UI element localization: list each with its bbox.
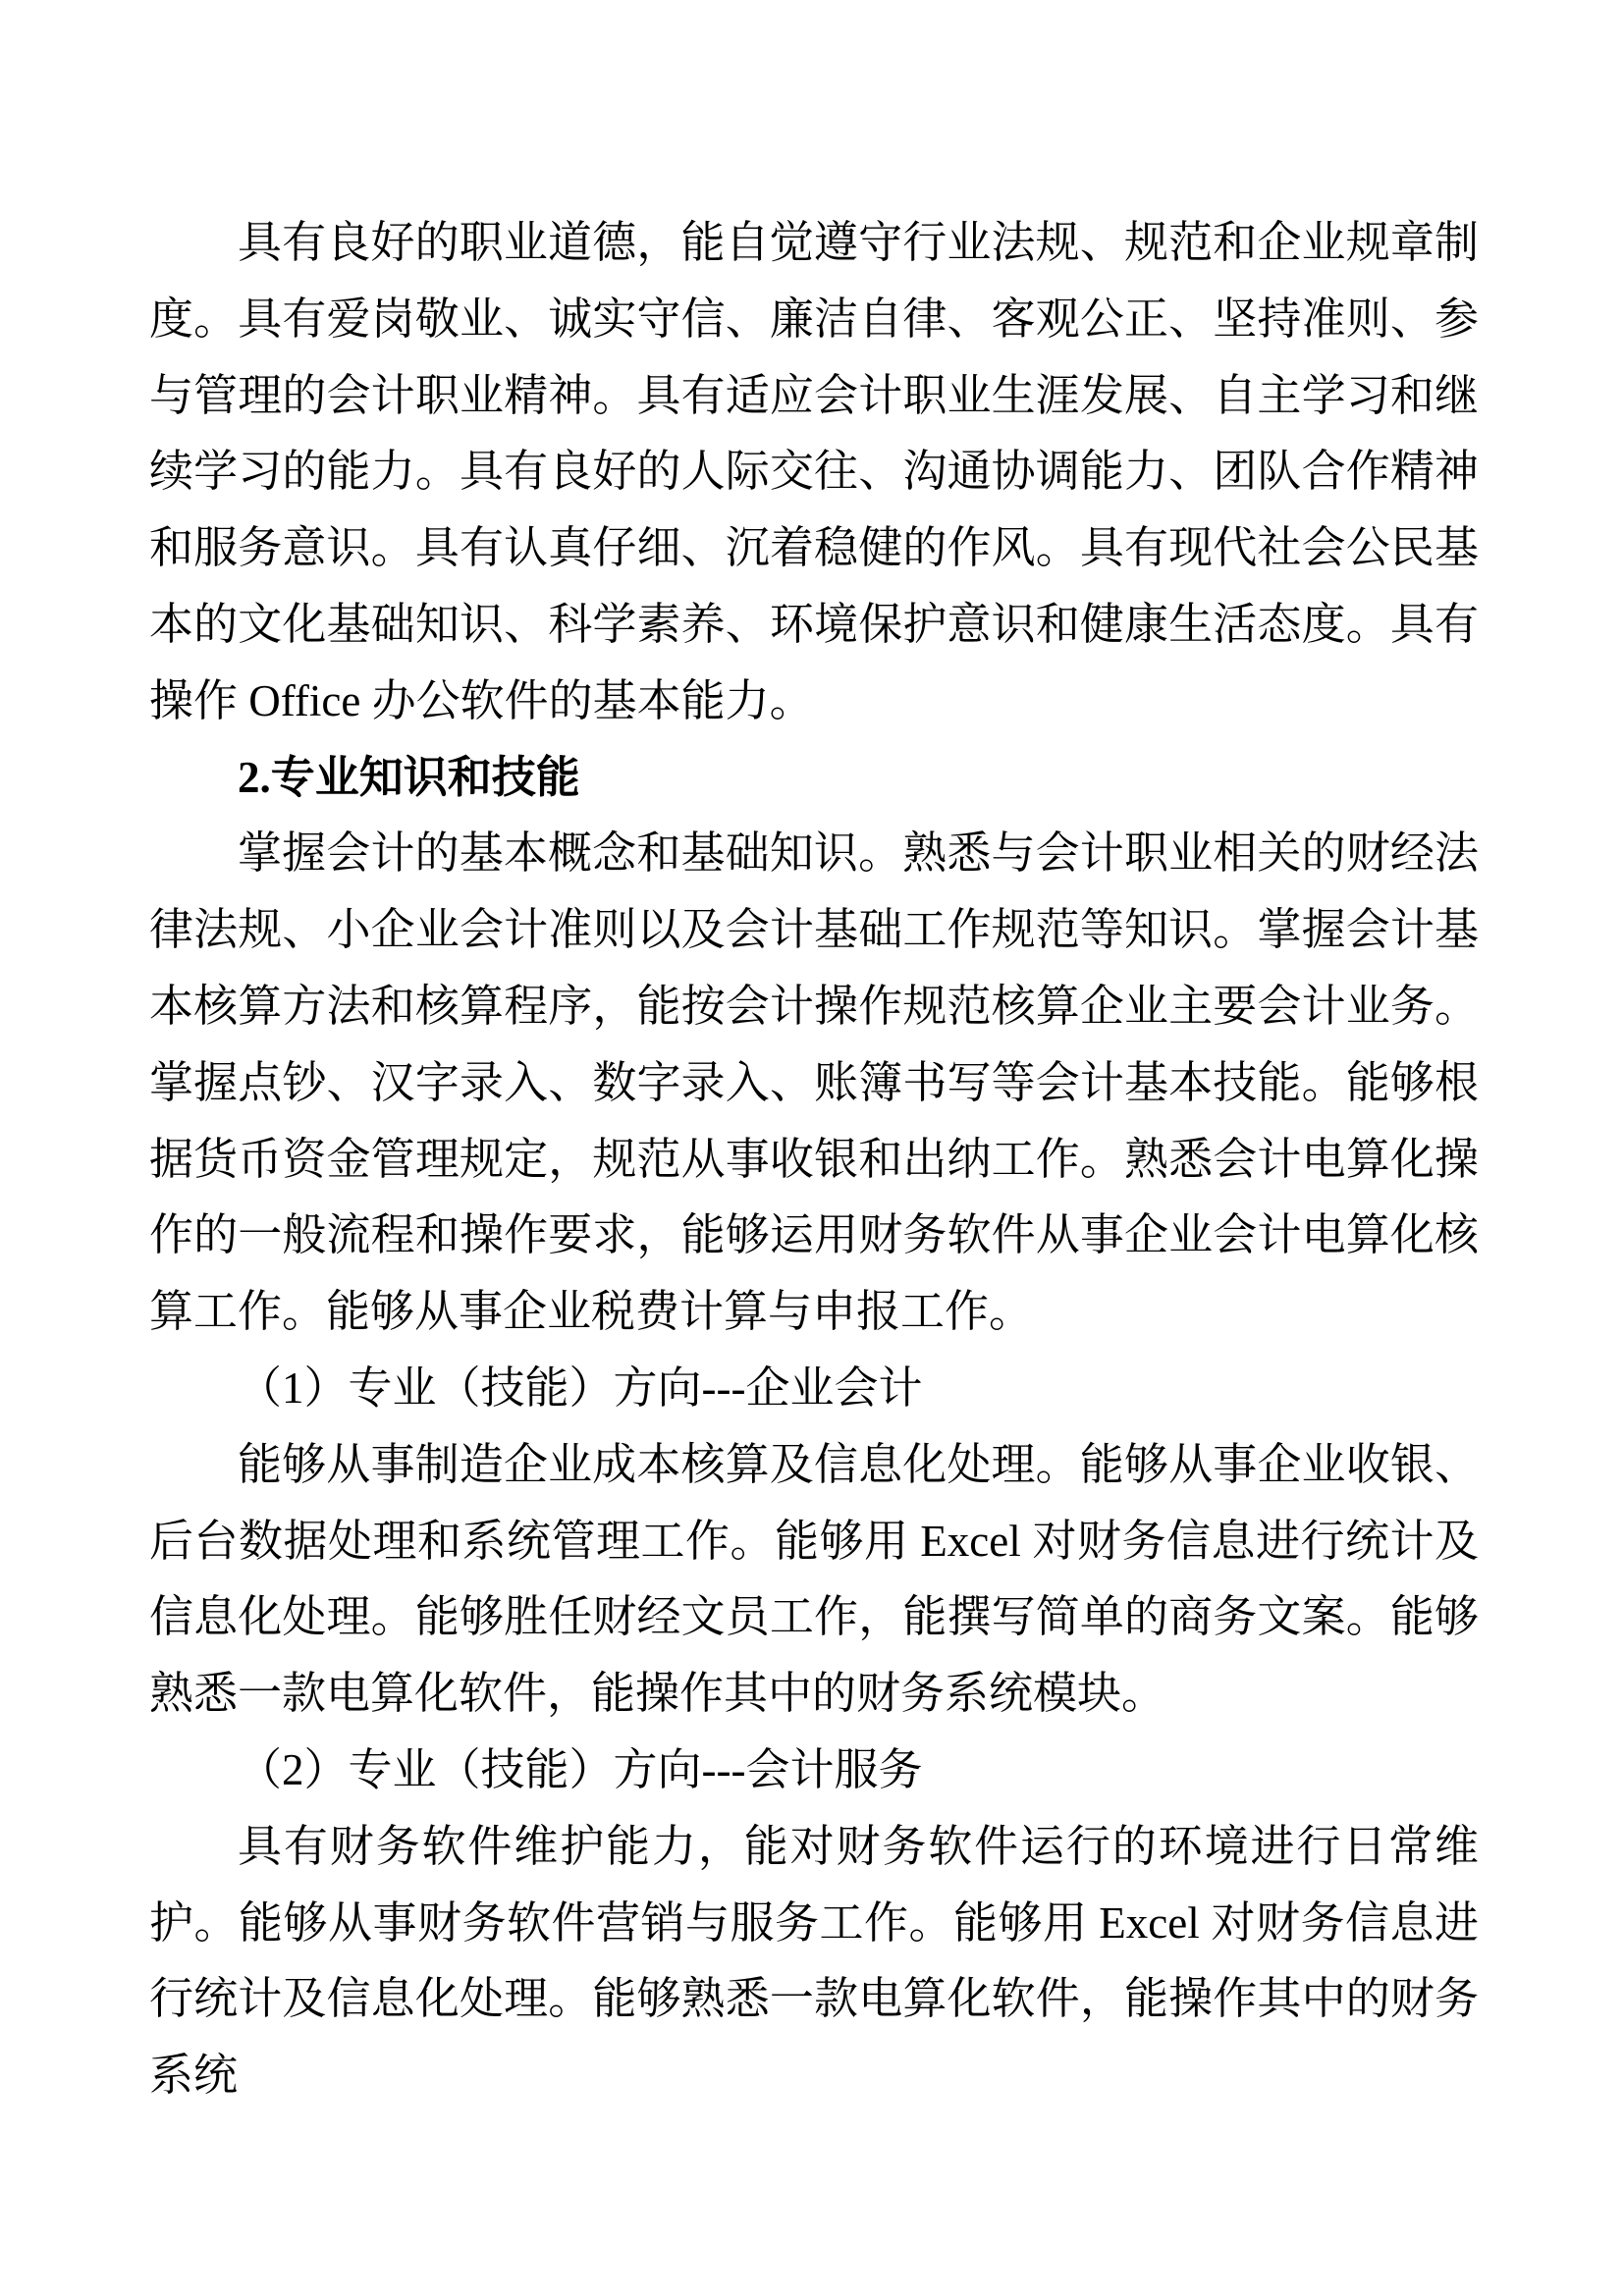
heading-professional-knowledge-skills: 2.专业知识和技能 bbox=[149, 740, 1479, 817]
paragraph-accounting-service-skills: 具有财务软件维护能力，能对财务软件运行的环境进行日常维护。能够从事财务软件营销与… bbox=[149, 1809, 1479, 2114]
paragraph-accounting-knowledge: 掌握会计的基本概念和基础知识。熟悉与会计职业相关的财经法律法规、小企业会计准则以… bbox=[149, 816, 1479, 1351]
subheading-direction-accounting-service: （2）专业（技能）方向---会计服务 bbox=[149, 1733, 1479, 1809]
paragraph-professional-ethics: 具有良好的职业道德，能自觉遵守行业法规、规范和企业规章制度。具有爱岗敬业、诚实守… bbox=[149, 205, 1479, 740]
document-page: 具有良好的职业道德，能自觉遵守行业法规、规范和企业规章制度。具有爱岗敬业、诚实守… bbox=[0, 0, 1624, 2296]
subheading-direction-enterprise-accounting: （1）专业（技能）方向---企业会计 bbox=[149, 1351, 1479, 1427]
paragraph-enterprise-accounting-skills: 能够从事制造企业成本核算及信息化处理。能够从事企业收银、后台数据处理和系统管理工… bbox=[149, 1427, 1479, 1733]
